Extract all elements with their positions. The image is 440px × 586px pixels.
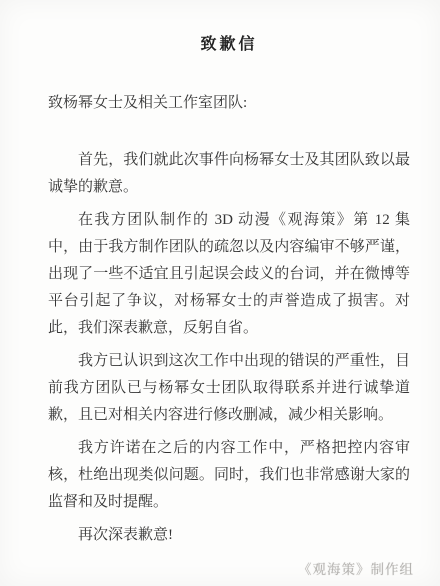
paragraph-future-commitment: 我方许诺在之后的内容工作中，严格把控内容审核，杜绝出现类似问题。同时，我们也非常…	[48, 435, 410, 516]
salutation-line: 致杨幂女士及相关工作室团队:	[48, 90, 410, 117]
paragraph-incident-description: 在我方团队制作的 3D 动漫《观海策》第 12 集中，由于我方制作团队的疏忽以及…	[48, 207, 410, 342]
paragraph-apology-opening: 首先，我们就此次事件向杨幂女士及其团队致以最诚挚的歉意。	[48, 147, 410, 201]
apology-letter-page: 致歉信 致杨幂女士及相关工作室团队: 首先，我们就此次事件向杨幂女士及其团队致以…	[0, 0, 440, 586]
letter-title: 致歉信	[48, 34, 410, 56]
production-team-watermark: 《观海策》制作组	[298, 558, 414, 578]
paragraph-remedial-actions: 我方已认识到这次工作中出现的错误的严重性，目前我方团队已与杨幂女士团队取得联系并…	[48, 348, 410, 429]
paragraph-closing-apology: 再次深表歉意!	[48, 522, 410, 549]
letter-body: 致歉信 致杨幂女士及相关工作室团队: 首先，我们就此次事件向杨幂女士及其团队致以…	[0, 0, 440, 549]
